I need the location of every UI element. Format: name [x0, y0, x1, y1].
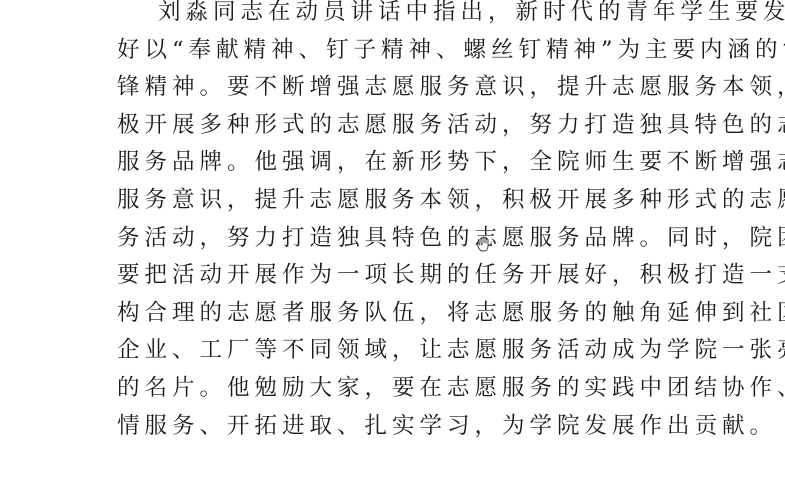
document-body: 刘淼同志在动员讲话中指出，新时代的青年学生要发扬 好以“奉献精神、钉子精神、螺丝… — [117, 0, 669, 445]
paragraph-line: 服务意识，提升志愿服务本领，积极开展多种形式的志愿服 — [117, 182, 669, 220]
paragraph-line: 好以“奉献精神、钉子精神、螺丝钉精神”为主要内涵的雷 — [117, 32, 669, 70]
paragraph-line: 锋精神。要不断增强志愿服务意识，提升志愿服务本领，积 — [117, 69, 669, 107]
paragraph-line: 要把活动开展作为一项长期的任务开展好，积极打造一支结 — [117, 257, 669, 295]
paragraph-line: 服务品牌。他强调，在新形势下，全院师生要不断增强志愿 — [117, 144, 669, 182]
paragraph-line: 构合理的志愿者服务队伍，将志愿服务的触角延伸到社区、 — [117, 295, 669, 333]
hand-pointer-icon — [476, 236, 492, 254]
paragraph-line: 刘淼同志在动员讲话中指出，新时代的青年学生要发扬 — [117, 0, 669, 32]
paragraph-line: 的名片。他勉励大家，要在志愿服务的实践中团结协作、热 — [117, 370, 669, 408]
paragraph-line: 极开展多种形式的志愿服务活动，努力打造独具特色的志愿 — [117, 107, 669, 145]
paragraph-line: 情服务、开拓进取、扎实学习，为学院发展作出贡献。 — [117, 408, 669, 446]
paragraph-line: 务活动，努力打造独具特色的志愿服务品牌。同时，院团委 — [117, 220, 669, 258]
paragraph-line: 企业、工厂等不同领域，让志愿服务活动成为学院一张亮丽 — [117, 332, 669, 370]
